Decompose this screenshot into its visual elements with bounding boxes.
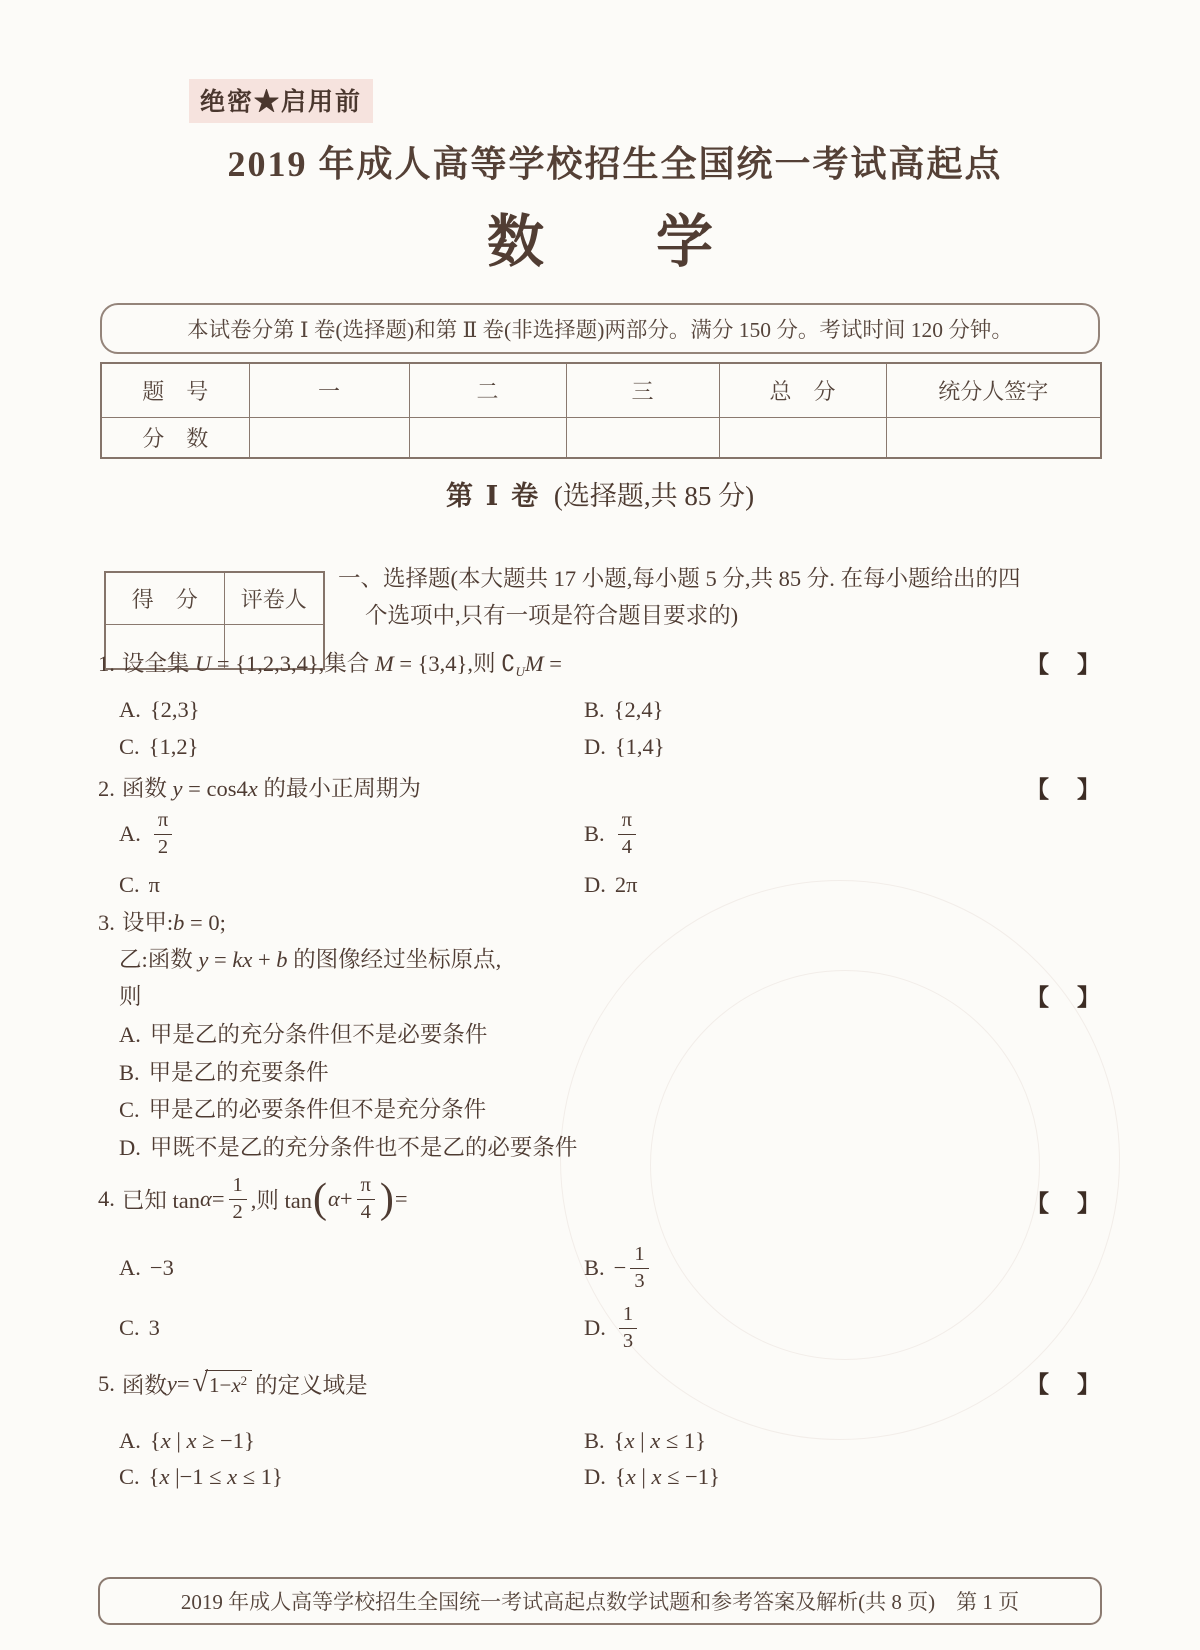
question-number: 1. xyxy=(98,651,115,676)
question-3-option-b: B.甲是乙的充要条件 xyxy=(119,1055,329,1087)
math-subscript: U xyxy=(515,664,524,679)
math-var: α xyxy=(328,1186,340,1212)
fraction-numerator: 1 xyxy=(619,1304,637,1328)
stem-text: 设甲: xyxy=(122,910,173,935)
answer-brackets: 【】 xyxy=(1026,771,1100,804)
fraction-numerator: 1 xyxy=(630,1244,648,1268)
question-5-option-b: B.{x | x ≤ 1} xyxy=(584,1428,706,1454)
minus-sign: − xyxy=(614,1255,627,1281)
fraction-denominator: 3 xyxy=(619,1328,637,1353)
question-2-option-d: D.2π xyxy=(584,872,638,898)
question-2-stem: 2.函数 y = cos4x 的最小正周期为 xyxy=(98,771,421,803)
radicand: 1−x2 xyxy=(205,1370,252,1398)
part1-heading: 第 Ⅰ 卷 (选择题,共 85 分) xyxy=(0,474,1200,513)
stem-text: = xyxy=(544,651,562,676)
score-cell-empty xyxy=(886,417,1101,458)
question-4-option-a: A.−3 xyxy=(119,1240,174,1296)
math-var: M xyxy=(525,651,544,676)
stem-text: = {3,4},则 xyxy=(394,651,501,676)
option-value: {2,4} xyxy=(614,697,664,722)
score-row-label: 分 数 xyxy=(101,417,249,458)
stem-text: 的最小正周期为 xyxy=(258,776,421,801)
stem-text: 则 xyxy=(119,984,142,1009)
question-3-stem-line-3: 则 xyxy=(119,979,142,1011)
fraction-numerator: π xyxy=(154,810,172,834)
page-footer: 2019 年成人高等学校招生全国统一考试高起点数学试题和参考答案及解析(共 8 … xyxy=(98,1577,1102,1625)
question-number: 3. xyxy=(98,910,115,935)
option-label: C. xyxy=(119,1097,140,1122)
option-label: A. xyxy=(119,1428,141,1453)
option-label: B. xyxy=(584,821,605,847)
stem-text: 函数 xyxy=(122,776,173,801)
stem-text: 函数 xyxy=(122,1368,167,1400)
scan-watermark-circle xyxy=(650,970,1040,1360)
fraction: 12 xyxy=(229,1175,247,1223)
score-cell-empty xyxy=(719,417,886,458)
stem-text: 已知 tan xyxy=(122,1183,200,1215)
fraction-denominator: 2 xyxy=(229,1199,247,1224)
math-var: y xyxy=(167,1371,177,1397)
square-root: √ 1−x2 xyxy=(193,1370,253,1398)
stem-text: 设全集 xyxy=(122,651,195,676)
math-var: M xyxy=(375,651,394,676)
stem-text: 乙:函数 xyxy=(119,947,198,972)
math-var: y xyxy=(173,776,183,801)
math-var: x xyxy=(161,1428,171,1453)
option-value: π xyxy=(149,872,160,897)
header-total-score: 总 分 xyxy=(719,363,886,417)
option-value: 2π xyxy=(615,872,638,897)
option-value: {1,4} xyxy=(615,734,665,759)
option-value: { xyxy=(150,1428,161,1453)
answer-brackets: 【】 xyxy=(1026,979,1100,1012)
question-4-option-c: C.3 xyxy=(119,1300,160,1356)
question-3-option-d: D.甲既不是乙的充分条件也不是乙的必要条件 xyxy=(119,1130,577,1162)
math-var: x xyxy=(626,1464,636,1489)
option-label: C. xyxy=(119,1315,140,1341)
radicand-text: 1− xyxy=(209,1373,231,1397)
complement-symbol: ∁ xyxy=(501,651,515,676)
page-footer-text: 2019 年成人高等学校招生全国统一考试高起点数学试题和参考答案及解析(共 8 … xyxy=(181,1586,1019,1616)
exam-paper-page: 绝密★启用前 2019 年成人高等学校招生全国统一考试高起点 数 学 本试卷分第… xyxy=(0,0,1200,1650)
option-value: | xyxy=(636,1464,652,1489)
stem-text: 的定义域是 xyxy=(255,1368,368,1400)
subject-char: 数 xyxy=(487,196,544,278)
option-label: B. xyxy=(584,1255,605,1281)
math-var: x xyxy=(624,1428,634,1453)
option-value: | xyxy=(634,1428,650,1453)
fraction-denominator: 4 xyxy=(357,1199,375,1224)
question-number: 4. xyxy=(98,1186,115,1212)
question-number: 2. xyxy=(98,776,115,801)
question-5-option-a: A.{x | x ≥ −1} xyxy=(119,1428,255,1454)
answer-brackets: 【】 xyxy=(1026,1366,1100,1399)
stem-text: + xyxy=(252,947,276,972)
option-label: B. xyxy=(584,697,605,722)
bracket-close: 】 xyxy=(1077,771,1100,804)
math-var: x xyxy=(651,1464,661,1489)
question-5-stem: 5.函数 y = √ 1−x2 的定义域是 xyxy=(98,1360,368,1408)
option-value: ≥ −1} xyxy=(196,1428,254,1453)
header-question-number: 题 号 xyxy=(101,363,249,417)
option-value: ≤ 1} xyxy=(660,1428,706,1453)
question-4-stem: 4.已知 tanα = 12 ,则 tan ( α + π4 ) = xyxy=(98,1168,408,1230)
score-cell-empty xyxy=(409,417,566,458)
fraction-numerator: 1 xyxy=(229,1175,247,1199)
grade-box-grader-label: 评卷人 xyxy=(224,572,324,624)
question-1-option-d: D.{1,4} xyxy=(584,734,665,760)
option-label: D. xyxy=(584,1464,606,1489)
fraction: π4 xyxy=(357,1175,375,1223)
question-1-option-a: A.{2,3} xyxy=(119,697,200,723)
option-label: B. xyxy=(584,1428,605,1453)
bracket-open: 【 xyxy=(1026,1185,1049,1218)
stem-text: ,则 tan xyxy=(251,1183,312,1215)
math-var: x xyxy=(227,1464,237,1489)
stem-text: = xyxy=(177,1371,190,1397)
option-label: D. xyxy=(584,872,606,897)
fraction-numerator: π xyxy=(357,1175,375,1199)
bracket-close: 】 xyxy=(1077,646,1100,679)
question-3-stem-line-2: 乙:函数 y = kx + b 的图像经过坐标原点, xyxy=(119,942,501,974)
score-cell-empty xyxy=(249,417,409,458)
bracket-close: 】 xyxy=(1077,1185,1100,1218)
stem-text: = xyxy=(395,1186,408,1212)
header-grader-signature: 统分人签字 xyxy=(886,363,1101,417)
option-value: {2,3} xyxy=(150,697,200,722)
math-var: b xyxy=(276,947,287,972)
option-value: { xyxy=(614,1428,625,1453)
stem-text: 的图像经过坐标原点, xyxy=(288,947,502,972)
fraction-denominator: 3 xyxy=(630,1268,648,1293)
fraction-denominator: 4 xyxy=(618,834,636,859)
question-2-option-b: B. π4 xyxy=(584,806,640,862)
option-label: A. xyxy=(119,1022,141,1047)
fraction-numerator: π xyxy=(618,810,636,834)
bracket-close: 】 xyxy=(1077,979,1100,1012)
instruction-line-2: 个选项中,只有一项是符合题目要求的) xyxy=(338,597,1098,634)
math-var: b xyxy=(173,910,184,935)
exponent: 2 xyxy=(241,1373,248,1388)
math-var: U xyxy=(195,651,211,676)
math-var: kx xyxy=(232,947,252,972)
score-cell-empty xyxy=(566,417,719,458)
question-4-option-d: D. 13 xyxy=(584,1300,641,1356)
question-1-option-c: C.{1,2} xyxy=(119,734,198,760)
question-5-option-c: C.{x |−1 ≤ x ≤ 1} xyxy=(119,1464,283,1490)
math-var: x xyxy=(159,1464,169,1489)
bracket-open: 【 xyxy=(1026,1366,1049,1399)
part1-heading-main: 第 Ⅰ 卷 xyxy=(446,481,541,511)
option-value: 3 xyxy=(149,1315,160,1341)
header-section-3: 三 xyxy=(566,363,719,417)
table-row: 得 分 评卷人 xyxy=(105,572,324,624)
fraction: π2 xyxy=(154,810,172,858)
math-var: x xyxy=(231,1373,240,1397)
bracket-open: 【 xyxy=(1026,771,1049,804)
option-value: { xyxy=(615,1464,626,1489)
math-var: x xyxy=(248,776,258,801)
bracket-open: 【 xyxy=(1026,979,1049,1012)
option-label: D. xyxy=(584,734,606,759)
part1-heading-sub: (选择题,共 85 分) xyxy=(554,481,754,511)
option-label: C. xyxy=(119,734,140,759)
exam-title: 2019 年成人高等学校招生全国统一考试高起点 xyxy=(0,136,1200,187)
question-5-option-d: D.{x | x ≤ −1} xyxy=(584,1464,720,1490)
exam-notice-text: 本试卷分第 Ⅰ 卷(选择题)和第 Ⅱ 卷(非选择题)两部分。满分 150 分。考… xyxy=(187,313,1013,344)
radical-sign: √ xyxy=(193,1369,208,1397)
subject-char: 学 xyxy=(656,196,713,278)
math-var: x xyxy=(186,1428,196,1453)
stem-text: + xyxy=(340,1186,353,1212)
fraction: 13 xyxy=(619,1304,637,1352)
score-summary-table: 题 号 一 二 三 总 分 统分人签字 分 数 xyxy=(100,362,1100,459)
math-var: y xyxy=(198,947,208,972)
table-row: 题 号 一 二 三 总 分 统分人签字 xyxy=(101,363,1101,417)
option-value: ≤ −1} xyxy=(661,1464,719,1489)
option-value: 甲既不是乙的充分条件也不是乙的必要条件 xyxy=(150,1135,578,1160)
option-label: A. xyxy=(119,697,141,722)
security-stamp: 绝密★启用前 xyxy=(189,79,373,123)
option-value: { xyxy=(149,1464,160,1489)
question-3-option-c: C.甲是乙的必要条件但不是充分条件 xyxy=(119,1092,486,1124)
question-1-stem: 1.设全集 U = {1,2,3,4},集合 M = {3,4},则 ∁UM = xyxy=(98,646,562,680)
answer-brackets: 【】 xyxy=(1026,646,1100,679)
fraction: π4 xyxy=(618,810,636,858)
question-2-option-a: A. π2 xyxy=(119,806,176,862)
stem-text: = xyxy=(212,1186,225,1212)
fraction-denominator: 2 xyxy=(154,834,172,859)
grade-box-score-label: 得 分 xyxy=(105,572,224,624)
option-label: A. xyxy=(119,1255,141,1281)
option-label: D. xyxy=(119,1135,141,1160)
stem-text: = {1,2,3,4},集合 xyxy=(211,651,375,676)
section-instruction: 一、选择题(本大题共 17 小题,每小题 5 分,共 85 分. 在每小题给出的… xyxy=(338,560,1098,634)
fraction: 13 xyxy=(630,1244,648,1292)
option-value: ≤ 1} xyxy=(237,1464,283,1489)
option-value: {1,2} xyxy=(149,734,199,759)
math-var: α xyxy=(200,1186,212,1212)
option-value: 甲是乙的必要条件但不是充分条件 xyxy=(149,1097,487,1122)
exam-notice-box: 本试卷分第 Ⅰ 卷(选择题)和第 Ⅱ 卷(非选择题)两部分。满分 150 分。考… xyxy=(100,303,1100,354)
option-value: | xyxy=(171,1428,187,1453)
question-number: 5. xyxy=(98,1371,115,1397)
option-label: C. xyxy=(119,1464,140,1489)
question-2-option-c: C.π xyxy=(119,872,160,898)
question-1-option-b: B.{2,4} xyxy=(584,697,663,723)
option-label: D. xyxy=(584,1315,606,1341)
stem-text: = xyxy=(208,947,232,972)
option-label: A. xyxy=(119,821,141,847)
question-3-stem-line-1: 3.设甲:b = 0; xyxy=(98,905,226,937)
instruction-line-1: 一、选择题(本大题共 17 小题,每小题 5 分,共 85 分. 在每小题给出的… xyxy=(338,560,1098,597)
stem-text: = 0; xyxy=(184,910,225,935)
subject-title: 数 学 xyxy=(0,196,1200,278)
question-3-option-a: A.甲是乙的充分条件但不是必要条件 xyxy=(119,1017,487,1049)
header-section-1: 一 xyxy=(249,363,409,417)
header-section-2: 二 xyxy=(409,363,566,417)
option-label: B. xyxy=(119,1060,140,1085)
answer-brackets: 【】 xyxy=(1026,1185,1100,1218)
option-value: 甲是乙的充要条件 xyxy=(149,1060,329,1085)
bracket-close: 】 xyxy=(1077,1366,1100,1399)
bracket-open: 【 xyxy=(1026,646,1049,679)
question-4-option-b: B.− 13 xyxy=(584,1240,653,1296)
option-label: C. xyxy=(119,872,140,897)
math-var: x xyxy=(650,1428,660,1453)
stem-text: = cos4 xyxy=(183,776,248,801)
option-value: |−1 ≤ xyxy=(169,1464,227,1489)
option-value: −3 xyxy=(150,1255,174,1281)
option-value: 甲是乙的充分条件但不是必要条件 xyxy=(150,1022,488,1047)
table-row: 分 数 xyxy=(101,417,1101,458)
